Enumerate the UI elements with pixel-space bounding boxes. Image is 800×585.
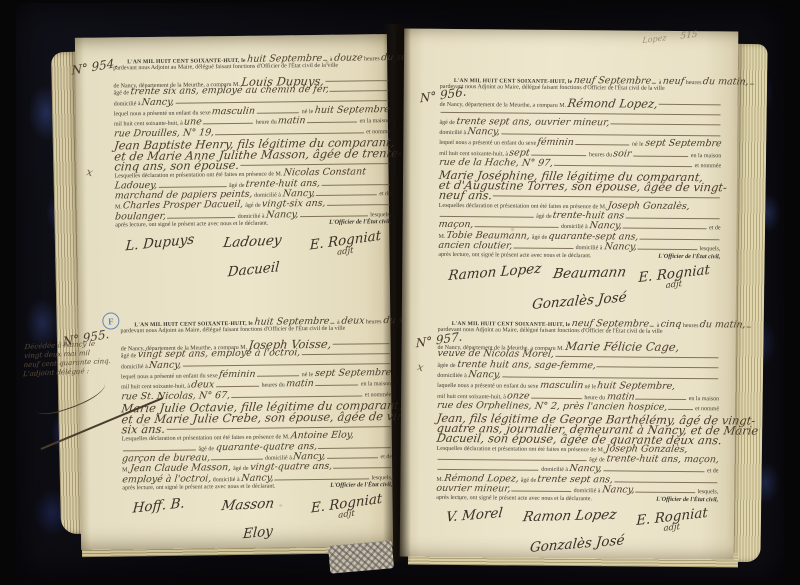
fill-rule <box>623 228 707 230</box>
handwritten-text: vingt-quatre ans, <box>249 461 332 473</box>
handwritten-text: Nancy, <box>149 359 183 370</box>
fill-rule <box>123 449 196 451</box>
act-signatures: Ramon LopezBeaumannE. RogniatadjtGonzalè… <box>438 264 720 316</box>
archive-stamp-f: F <box>102 312 119 329</box>
handwritten-text: masculin <box>212 106 256 118</box>
handwritten-text: Nancy, <box>467 126 501 137</box>
fill-rule <box>325 80 388 82</box>
handwritten-text: six ans. <box>121 422 166 437</box>
printed-text: L'Officier de l'État civil, <box>658 252 720 260</box>
handwritten-text: Rémond Lopez, <box>567 96 659 111</box>
act-text: L'AN MIL HUIT CENT SOIXANTE-HUIT, le neu… <box>438 74 722 263</box>
act-text: L'AN MIL HUIT CENT SOIXANTE-HUIT, le hui… <box>113 52 391 232</box>
act-line: après lecture, ont signé le présent acte… <box>438 250 720 263</box>
handwritten-text: cinq <box>660 319 682 330</box>
handwritten-text: sept Septembre <box>314 367 392 379</box>
fill-rule <box>437 469 538 471</box>
death-margin-note: Décédée à Nancy levingt deux mai milneuf… <box>23 339 115 379</box>
signature-row: Gonzalès José <box>436 535 718 559</box>
handwritten-text: Nancy, <box>141 96 175 107</box>
handwritten-text: vingt sept ans, employé à l'octroi, <box>137 347 301 360</box>
printed-text: heures <box>681 323 700 329</box>
fill-rule <box>635 492 694 494</box>
handwritten-text: cinq ans, son épouse. <box>114 158 240 174</box>
handwritten-text: employé à l'octroi, <box>122 473 212 485</box>
fill-rule <box>603 471 704 473</box>
printed-text: domicilié à <box>211 477 241 483</box>
fill-rule <box>301 353 389 355</box>
printed-text: heures <box>362 56 381 62</box>
signature: E. Rogniatadjt <box>636 505 708 537</box>
handwritten-text: du matin, <box>699 319 746 330</box>
fill-rule <box>635 398 686 399</box>
handwritten-text: féminin <box>537 137 575 148</box>
handwritten-text: maçon, <box>438 219 474 230</box>
signature: E. Rogniatadjt <box>310 227 381 261</box>
fill-rule <box>215 132 364 135</box>
signature-row: Dacueil <box>116 260 392 285</box>
fill-rule <box>300 215 368 217</box>
printed-text: et nommée <box>693 163 721 169</box>
handwritten-text: Nicolas Constant <box>283 167 367 179</box>
handwritten-text: Nancy, <box>468 369 502 380</box>
signature: E. Rogniatadjt <box>638 262 710 294</box>
handwritten-text: masculin <box>539 380 584 391</box>
handwritten-text: deux <box>341 315 365 326</box>
printed-text: heures <box>684 80 703 86</box>
printed-text: âgé de <box>197 446 216 452</box>
signature: Ramon Lopez <box>448 261 543 284</box>
fill-rule <box>318 447 391 449</box>
fill-rule <box>323 60 327 61</box>
printed-text: en la maison <box>689 153 721 159</box>
handwritten-text: une <box>184 117 203 128</box>
printed-text: âgé de <box>439 119 456 125</box>
act-line: de Nancy, département de la Meurthe, a c… <box>440 95 722 108</box>
fill-rule <box>474 227 558 229</box>
fill-rule <box>203 123 253 125</box>
fill-rule <box>327 204 390 206</box>
signature-title: adjt <box>638 276 710 294</box>
signature-row: L. DupuysLadoueyE. Rogniatadjt <box>115 232 391 263</box>
printed-text: L'Officier de l'État civil, <box>656 495 718 503</box>
handwritten-text: Nancy, <box>240 472 274 483</box>
printed-text: pardevant nous Adjoint au Maire, délégué… <box>113 63 338 72</box>
act-signatures: L. DupuysLadoueyE. RogniatadjtDacueil <box>115 232 392 285</box>
signature: Masson <box>220 495 275 514</box>
signature: Dacueil <box>227 259 280 280</box>
handwritten-text: trente-huit ans, maçon, <box>605 453 719 465</box>
printed-text: âgé de <box>232 466 251 472</box>
fill-rule <box>611 124 721 126</box>
handwritten-text: huit Septembre <box>314 104 390 116</box>
fill-rule <box>316 194 377 196</box>
printed-text: âgé de <box>535 214 554 220</box>
printed-text: après lecture, ont signé le présent acte… <box>436 494 593 501</box>
handwritten-text: sept Septembre <box>644 138 722 150</box>
fill-rule <box>257 375 299 377</box>
register-book-scan: N° 954. x L'AN MIL HUIT CENT SOIXANTE-HU… <box>0 0 800 585</box>
printed-text: domicilié à <box>236 213 266 219</box>
printed-text: âgé de <box>244 203 263 209</box>
fill-rule <box>307 122 357 124</box>
printed-text: né le <box>583 384 598 390</box>
fill-rule <box>512 491 571 493</box>
fill-rule <box>493 196 720 199</box>
fill-rule <box>438 459 587 461</box>
printed-text: pardevant nous Adjoint au Maire, délégué… <box>120 326 345 335</box>
signature-title: adjt <box>636 519 708 537</box>
handwritten-text: ancien cloutier, <box>438 240 514 252</box>
fill-rule <box>440 216 534 218</box>
fill-rule <box>501 133 720 136</box>
signature: Gonzalès José <box>531 289 627 313</box>
printed-text: âgé de <box>121 353 138 359</box>
fill-rule <box>614 481 717 483</box>
signature-row: V. MorelRamon LopezE. Rogniatadjt <box>436 507 718 537</box>
printed-text: heures du <box>587 152 613 158</box>
handwritten-text: neuf ans. <box>438 188 493 202</box>
printed-text: lesquels, <box>698 246 720 252</box>
printed-text: et nommé <box>694 406 719 412</box>
handwritten-text: Marie Félicie Cage, <box>565 339 681 354</box>
fill-rule <box>256 112 299 114</box>
book-gutter-shadow <box>383 24 411 562</box>
printed-text: domicilié à <box>439 130 467 136</box>
fill-rule <box>659 103 721 105</box>
handwritten-text: Nancy, <box>601 485 635 496</box>
signature: Gonzalès José <box>529 532 625 556</box>
act-text: L'AN MIL HUIT CENT SOIXANTE-HUIT, le hui… <box>120 315 392 495</box>
fill-rule <box>652 83 656 84</box>
act-line: Dacueil, son épouse, âgée de quarante de… <box>437 431 719 444</box>
printed-text: domicilié à <box>121 364 149 370</box>
fill-rule <box>275 478 369 480</box>
fill-rule <box>211 459 262 461</box>
fill-rule <box>750 83 754 84</box>
handwritten-text: matin <box>278 115 307 126</box>
fill-rule <box>554 165 692 167</box>
fill-rule <box>322 184 390 186</box>
headband-cloth <box>328 540 394 573</box>
signature: Beaumann <box>552 264 628 282</box>
handwritten-text: du matin, <box>702 76 749 87</box>
printed-text: et de <box>705 469 718 475</box>
handwritten-text: féminin <box>219 369 257 380</box>
act-signatures: Hoff. B.MassonE. RogniatadjtEloy <box>123 495 394 548</box>
printed-text: âgé de <box>114 90 131 96</box>
handwritten-text: neuf Septembre <box>571 318 650 330</box>
handwritten-text: Charles Prosper Dacueil, <box>123 199 245 211</box>
folio-number: 515 <box>680 30 698 42</box>
signature-title: adjt <box>311 504 382 524</box>
birth-act-956: N° 956. L'AN MIL HUIT CENT SOIXANTE-HUIT… <box>438 74 722 316</box>
right-page: Lopez515 N° 956. L'AN MIL HUIT CENT SOIX… <box>400 29 739 560</box>
printed-text: domicilié à <box>540 467 570 473</box>
fill-rule <box>327 457 378 459</box>
printed-text: domicilié à <box>574 245 604 251</box>
printed-text: laquelle nous a présenté un enfant du se… <box>437 383 540 390</box>
handwritten-text: ouvrier mineur, <box>436 483 512 495</box>
act-number: N° 954. <box>71 56 118 78</box>
signature-row: Gonzalès José <box>438 292 720 316</box>
fill-rule <box>531 154 587 155</box>
signature: E. Rogniatadjt <box>311 490 382 524</box>
handwritten-text: Nancy, <box>265 209 299 220</box>
signature: Hoff. B. <box>132 495 185 516</box>
handwritten-text: neuf Septembre <box>573 75 652 87</box>
printed-text: heure du <box>583 395 607 401</box>
act-line: après lecture, ont signé le présent acte… <box>436 493 718 506</box>
handwritten-text: Antoine Eloy, <box>290 430 354 442</box>
signature: Ladouey <box>222 232 283 251</box>
margin-cross-mark: x <box>85 165 94 179</box>
printed-text: âgé de <box>227 183 246 189</box>
fill-rule <box>158 186 226 188</box>
fill-rule <box>167 217 235 219</box>
fill-rule <box>555 356 719 358</box>
printed-text: né le <box>630 142 645 148</box>
birth-act-957: N° 957. x L'AN MIL HUIT CENT SOIXANTE-HU… <box>436 317 720 559</box>
birth-act-955: N° 955. F Décédée à Nancy levingt deux m… <box>120 315 393 548</box>
printed-text: lequel nous a présenté un enfant du sexe <box>439 140 537 147</box>
signature: Eloy <box>242 523 273 542</box>
fill-rule <box>531 397 582 398</box>
signature-row: Hoff. B.MassonE. Rogniatadjt <box>123 495 393 526</box>
fill-rule <box>668 409 692 410</box>
printed-text: âgé de <box>530 235 549 241</box>
signature: V. Morel <box>445 505 503 526</box>
handwritten-text: matin <box>286 378 315 389</box>
printed-text: et de <box>708 226 721 232</box>
signature-row: Ramon LopezBeaumannE. Rogniatadjt <box>438 264 720 294</box>
handwritten-text: huit Septembre <box>247 53 323 65</box>
fill-rule <box>231 395 362 398</box>
printed-text: L'Officier de l'État civil, <box>329 218 391 226</box>
printed-text: heure du <box>254 120 278 126</box>
fill-rule <box>513 248 573 250</box>
fill-rule <box>747 326 751 327</box>
printed-text: domicilié à <box>572 488 602 494</box>
handwritten-text: neuf <box>662 76 685 87</box>
handwritten-text: huit Septembre <box>254 316 330 328</box>
fill-rule <box>597 367 719 369</box>
printed-text: après lecture, ont signé le présent acte… <box>438 251 593 258</box>
fill-rule <box>315 385 358 387</box>
left-page: N° 954. x L'AN MIL HUIT CENT SOIXANTE-HU… <box>75 34 393 550</box>
fill-rule <box>626 217 720 219</box>
handwritten-text: soir <box>613 148 633 159</box>
birth-act-954: N° 954. x L'AN MIL HUIT CENT SOIXANTE-HU… <box>113 52 392 285</box>
fill-rule <box>330 323 334 324</box>
act-signatures: V. MorelRamon LopezE. RogniatadjtGonzalè… <box>436 507 718 559</box>
fill-rule <box>502 376 718 379</box>
signature: L. Dupuys <box>125 231 195 254</box>
printed-text: domiciliée à <box>437 373 468 379</box>
handwritten-text: douze <box>333 52 363 63</box>
handwritten-text: deux <box>191 380 215 391</box>
handwritten-text: boulanger, <box>114 211 166 223</box>
margin-cross-mark: x <box>416 360 425 374</box>
act-text: L'AN MIL HUIT CENT SOIXANTE-HUIT, le neu… <box>436 317 720 506</box>
fill-rule <box>650 326 654 327</box>
printed-text: en la maison <box>687 396 719 402</box>
signature: Ramon Lopez <box>521 507 617 526</box>
fill-rule <box>332 343 389 345</box>
printed-text: heures <box>364 319 383 325</box>
printed-text: âgé de <box>519 477 538 483</box>
fill-rule <box>216 386 259 388</box>
fill-rule <box>240 163 389 166</box>
folio-corner-annotation: Lopez515 <box>642 30 698 46</box>
fill-rule <box>640 238 720 240</box>
printed-text: heures du <box>260 383 286 389</box>
printed-text: âgée de <box>437 362 457 368</box>
handwritten-text: veuve de Nicolas Morel, <box>437 348 555 360</box>
fill-rule <box>330 90 389 92</box>
printed-text: lesquels, <box>696 489 718 495</box>
fill-rule <box>575 144 629 145</box>
fill-rule <box>637 249 697 251</box>
printed-text: domicilié à <box>559 224 589 230</box>
signature-title: adjt <box>310 241 381 261</box>
fill-rule <box>633 155 689 156</box>
printed-text: domicilié à <box>114 101 142 107</box>
handwritten-text: Nancy, <box>603 242 637 253</box>
corner-name-note: Lopez <box>642 33 667 45</box>
printed-text: de Nancy, département de la Meurthe, a c… <box>440 102 568 109</box>
